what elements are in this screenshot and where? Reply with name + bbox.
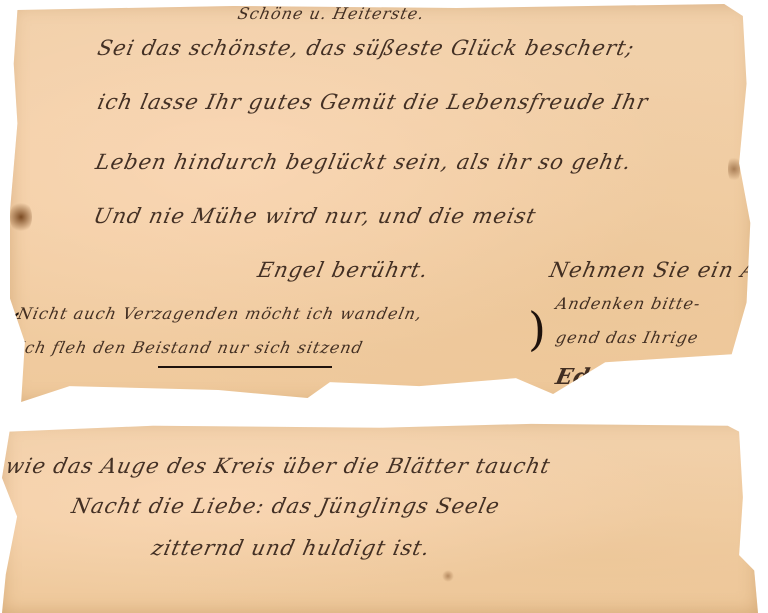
text-line-3: Leben hindurch beglückt sein, als ihr so…: [93, 150, 633, 174]
ink-stain: [442, 570, 454, 582]
text-line-2: ich lasse Ihr gutes Gemüt die Lebensfreu…: [95, 90, 650, 114]
signature: Eduard Tour: [553, 364, 723, 390]
left-note-line-0: Nicht auch Verzagenden möcht ich wandeln…: [16, 304, 424, 323]
text-line-bottom-1: Nacht die Liebe: das Jünglings Seele: [69, 494, 502, 518]
text-line-bottom-0: wie das Auge des Kreis über die Blätter …: [3, 454, 552, 478]
closing-bracket: ): [528, 302, 546, 356]
opening-bracket: (: [4, 304, 22, 358]
right-note-line-1: gend das Ihrige: [554, 328, 701, 347]
underline-mark: [158, 366, 332, 368]
text-line-0: Schöne u. Heiterste.: [236, 4, 427, 23]
text-line-1: Sei das schönste, das süßeste Glück besc…: [95, 36, 637, 60]
text-line-bottom-2: zitternd und huldigt ist.: [149, 536, 432, 560]
text-line-6: Nehmen Sie ein An-: [547, 258, 768, 282]
right-note-line-0: Andenken bitte-: [554, 294, 703, 313]
ink-stain: [728, 154, 740, 184]
text-line-4: Und nie Mühe wird nur, und die meist: [91, 204, 538, 228]
paper-fragment-top: Schöne u. Heiterste. Sei das schönste, d…: [10, 4, 754, 402]
ink-stain: [10, 200, 32, 234]
text-line-5: Engel berührt.: [255, 258, 430, 282]
paper-fragment-bottom: wie das Auge des Kreis über die Blätter …: [2, 420, 758, 613]
left-note-line-1: Ich fleh den Beistand nur sich sitzend: [16, 338, 365, 357]
